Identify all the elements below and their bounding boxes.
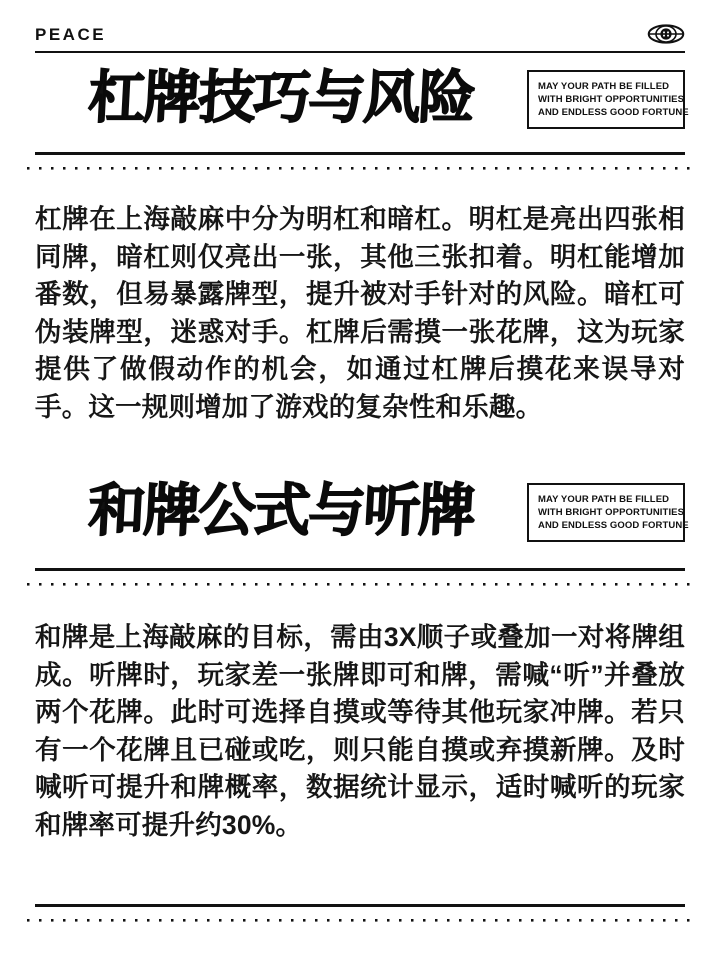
section-1-header: 杠牌技巧与风险 MAY YOUR PATH BE FILLED WITH BRI… — [35, 67, 685, 131]
document-page: PEACE 杠牌技巧与风险 MAY YOUR PATH BE FILLED WI… — [0, 0, 720, 960]
blessing-stamp-box: MAY YOUR PATH BE FILLED WITH BRIGHT OPPO… — [527, 483, 685, 542]
stamp-line: AND ENDLESS GOOD FORTUNE — [538, 106, 674, 119]
solid-divider — [35, 904, 685, 907]
dotted-divider — [27, 167, 693, 170]
stamp-line: AND ENDLESS GOOD FORTUNE — [538, 519, 674, 532]
section-2-body: 和牌是上海敲麻的目标，需由3X顺子或叠加一对将牌组成。听牌时，玩家差一张牌即可和… — [35, 619, 685, 845]
section-2-title: 和牌公式与听牌 — [33, 482, 528, 542]
dotted-divider — [27, 583, 693, 586]
dotted-divider — [27, 919, 693, 922]
stamp-line: MAY YOUR PATH BE FILLED — [538, 493, 674, 506]
top-bar: PEACE — [35, 24, 685, 53]
stamp-line: MAY YOUR PATH BE FILLED — [538, 80, 674, 93]
blessing-stamp-box: MAY YOUR PATH BE FILLED WITH BRIGHT OPPO… — [527, 70, 685, 129]
solid-divider — [35, 568, 685, 571]
stamp-line: WITH BRIGHT OPPORTUNITIES — [538, 506, 674, 519]
section-1-title: 杠牌技巧与风险 — [33, 69, 528, 129]
globe-icon — [647, 24, 685, 45]
solid-divider — [35, 152, 685, 155]
section-1-body: 杠牌在上海敲麻中分为明杠和暗杠。明杠是亮出四张相同牌，暗杠则仅亮出一张，其他三张… — [35, 201, 685, 427]
stamp-line: WITH BRIGHT OPPORTUNITIES — [538, 93, 674, 106]
section-2-header: 和牌公式与听牌 MAY YOUR PATH BE FILLED WITH BRI… — [35, 480, 685, 544]
brand-label: PEACE — [35, 25, 106, 45]
